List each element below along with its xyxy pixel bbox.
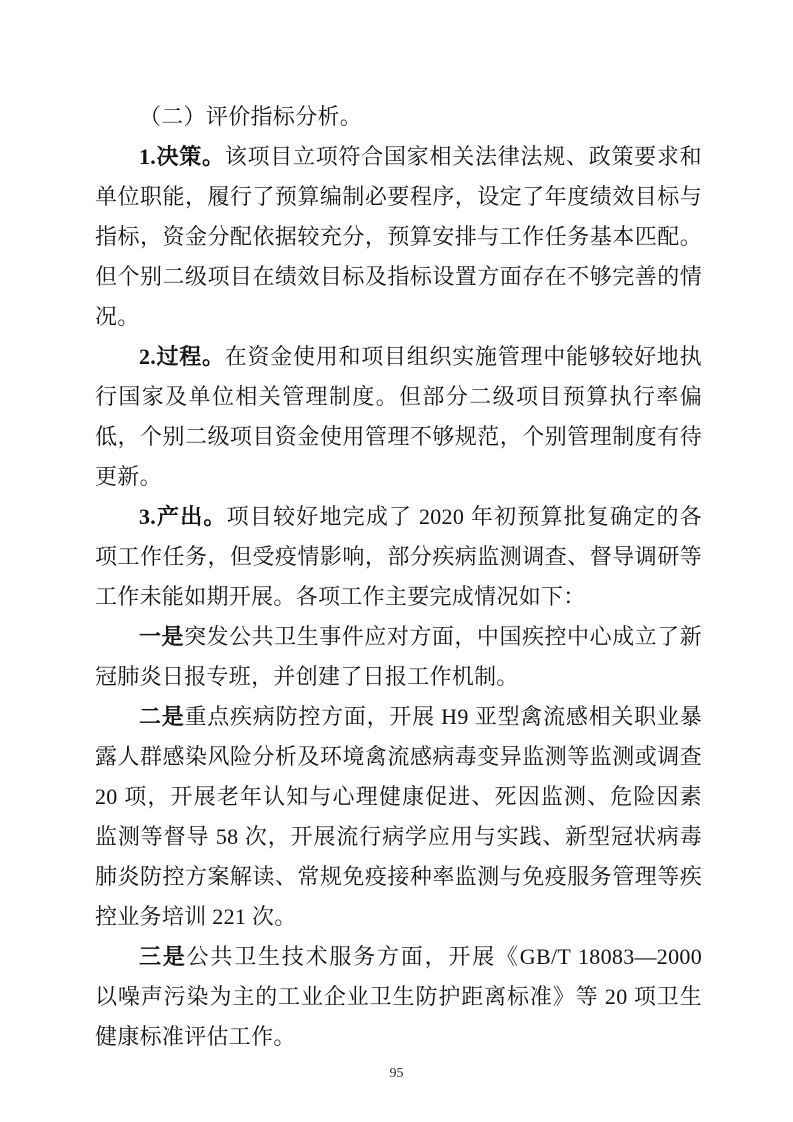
- paragraph-item-one-text: 突发公共卫生事件应对方面，中国疾控中心成立了新冠肺炎日报专班，并创建了日报工作机…: [95, 624, 702, 689]
- paragraph-item-three-text: 公共卫生技术服务方面，开展《GB/T 18083—2000 以噪声污染为主的工业…: [95, 944, 702, 1049]
- section-heading-text: （二）评价指标分析。: [139, 104, 362, 129]
- paragraph-decision: 1.决策。该项目立项符合国家相关法律法规、政策要求和单位职能，履行了预算编制必要…: [95, 137, 702, 337]
- paragraph-output-lead: 3.产出。: [139, 504, 227, 529]
- paragraph-item-three: 三是公共卫生技术服务方面，开展《GB/T 18083—2000 以噪声污染为主的…: [95, 937, 702, 1057]
- paragraph-item-one-lead: 一是: [139, 624, 184, 649]
- paragraph-item-two-text: 重点疾病防控方面，开展 H9 亚型禽流感相关职业暴露人群感染风险分析及环境禽流感…: [95, 704, 702, 929]
- paragraph-item-three-lead: 三是: [139, 944, 187, 969]
- paragraph-item-two: 二是重点疾病防控方面，开展 H9 亚型禽流感相关职业暴露人群感染风险分析及环境禽…: [95, 697, 702, 937]
- document-body: （二）评价指标分析。 1.决策。该项目立项符合国家相关法律法规、政策要求和单位职…: [95, 97, 702, 1057]
- paragraph-process-lead: 2.过程。: [139, 344, 225, 369]
- paragraph-item-one: 一是突发公共卫生事件应对方面，中国疾控中心成立了新冠肺炎日报专班，并创建了日报工…: [95, 617, 702, 697]
- document-page: （二）评价指标分析。 1.决策。该项目立项符合国家相关法律法规、政策要求和单位职…: [0, 0, 793, 1122]
- section-heading: （二）评价指标分析。: [95, 97, 702, 137]
- page-footer: 95: [0, 1064, 793, 1084]
- paragraph-process: 2.过程。在资金使用和项目组织实施管理中能够较好地执行国家及单位相关管理制度。但…: [95, 337, 702, 497]
- paragraph-output: 3.产出。项目较好地完成了 2020 年初预算批复确定的各项工作任务，但受疫情影…: [95, 497, 702, 617]
- page-number: 95: [390, 1066, 404, 1081]
- paragraph-item-two-lead: 二是: [139, 704, 185, 729]
- paragraph-decision-text: 该项目立项符合国家相关法律法规、政策要求和单位职能，履行了预算编制必要程序，设定…: [95, 144, 702, 329]
- paragraph-decision-lead: 1.决策。: [139, 144, 225, 169]
